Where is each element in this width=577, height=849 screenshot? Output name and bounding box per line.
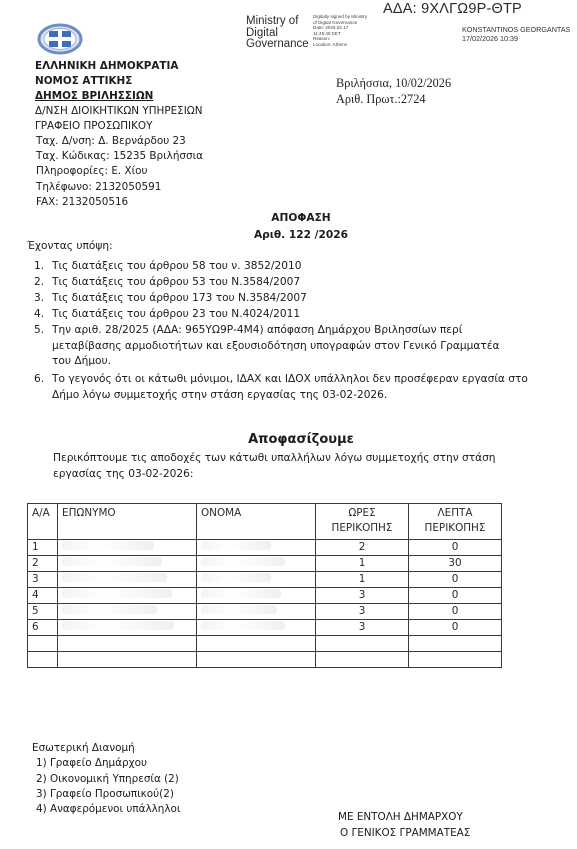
- cell-hours: 3: [316, 588, 409, 604]
- distribution-item: 3) Γραφείο Προσωπικού(2): [32, 787, 180, 802]
- redacted-surname: [62, 557, 162, 566]
- cell-minutes: 0: [409, 572, 502, 588]
- cell-minutes: 0: [409, 540, 502, 556]
- minutes-header-line: ΛΕΠΤΑ: [413, 506, 497, 521]
- cell-minutes: 30: [409, 556, 502, 572]
- greek-coat-of-arms-icon: [37, 23, 83, 55]
- cell-hours: 1: [316, 556, 409, 572]
- cell-name: [197, 604, 316, 620]
- cell-minutes: 0: [409, 588, 502, 604]
- address: Ταχ. Δ/νση: Δ. Βερνάρδου 23: [36, 134, 203, 149]
- cell-name: [197, 540, 316, 556]
- distribution-item: 2) Οικονομική Υπηρεσία (2): [32, 772, 180, 787]
- prefecture-name: ΝΟΜΟΣ ΑΤΤΙΚΗΣ: [35, 74, 203, 89]
- reference-number: 6.: [27, 372, 52, 404]
- municipality-name: ΔΗΜΟΣ ΒΡΙΛΗΣΣΙΩΝ: [35, 89, 203, 104]
- cell-name: [197, 572, 316, 588]
- signature-block: ΜΕ ΕΝΤΟΛΗ ΔΗΜΑΡΧΟΥ Ο ΓΕΝΙΚΟΣ ΓΡΑΜΜΑΤΕΑΣ: [338, 809, 470, 841]
- signature-line: Digitally signed by Ministry: [313, 14, 367, 20]
- republic-name: ΕΛΛΗΝΙΚΗ ΔΗΜΟΚΡΑΤΙΑ: [35, 59, 203, 74]
- table-row: [28, 652, 502, 668]
- cell-surname: [58, 556, 197, 572]
- col-header-minutes: ΛΕΠΤΑΠΕΡΙΚΟΠΗΣ: [409, 504, 502, 540]
- cell-hours: [316, 636, 409, 652]
- cell-hours: 3: [316, 620, 409, 636]
- table-row: 530: [28, 604, 502, 620]
- redacted-name: [201, 605, 277, 614]
- signer-datetime: 17/02/2026 10:39: [462, 35, 570, 44]
- cell-aa: 4: [28, 588, 58, 604]
- ministry-line: Governance: [246, 39, 309, 51]
- reference-item: 3.Τις διατάξεις του άρθρου 173 του Ν.358…: [27, 291, 547, 307]
- distribution-item: 1) Γραφείο Δημάρχου: [32, 756, 180, 771]
- info-contact: Πληροφορίες: Ε. Χίου: [36, 164, 203, 179]
- considering-label: Έχοντας υπόψη:: [27, 240, 113, 252]
- office-name: ΓΡΑΦΕΙΟ ΠΡΟΣΩΠΙΚΟΥ: [35, 119, 203, 134]
- we-decide-text: Αποφασίζουμε: [223, 432, 354, 447]
- table-body: 1202130310430530630: [28, 540, 502, 668]
- signer-info: KONSTANTINOS GEORGANTAS 17/02/2026 10:39: [462, 26, 570, 43]
- redacted-surname: [62, 605, 157, 614]
- redacted-surname: [62, 573, 167, 582]
- reference-number: 1.: [27, 259, 52, 275]
- reference-text: Τις διατάξεις του άρθρου 173 του Ν.3584/…: [52, 291, 547, 307]
- cell-surname: [58, 572, 197, 588]
- distribution-title: Εσωτερική Διανομή: [32, 741, 180, 756]
- table-row: 2130: [28, 556, 502, 572]
- cell-name: [197, 588, 316, 604]
- redacted-surname: [62, 589, 172, 598]
- cell-hours: [316, 652, 409, 668]
- reference-item: 1.Τις διατάξεις του άρθρου 58 του ν. 385…: [27, 259, 547, 275]
- hours-header-line: ΩΡΕΣ: [320, 506, 404, 521]
- reference-text: Τις διατάξεις του άρθρου 53 του Ν.3584/2…: [52, 275, 547, 291]
- postal-code: Ταχ. Κώδικας: 15235 Βριλήσσια: [36, 149, 203, 164]
- reference-item: 4.Τις διατάξεις του άρθρου 23 του Ν.4024…: [27, 307, 547, 323]
- table-row: [28, 636, 502, 652]
- cell-name: [197, 556, 316, 572]
- decision-title: ΑΠΟΦΑΣΗ: [0, 210, 577, 227]
- redacted-name: [201, 573, 271, 582]
- cell-minutes: 0: [409, 620, 502, 636]
- place-date-block: Βριλήσσια, 10/02/2026 Αριθ. Πρωτ.:2724: [336, 76, 451, 107]
- table-header-row: Α/Α ΕΠΩΝΥΜΟ ΟΝΟΜΑ ΩΡΕΣΠΕΡΙΚΟΠΗΣ ΛΕΠΤΑΠΕΡ…: [28, 504, 502, 540]
- decision-body: Περικόπτουμε τις αποδοχές των κάτωθι υπα…: [53, 450, 523, 482]
- digital-signature-details: Digitally signed by Ministry of Digital …: [313, 14, 367, 48]
- reference-text: Την αριθ. 28/2025 (ΑΔΑ: 965ΥΩ9Ρ-4Μ4) από…: [52, 323, 547, 371]
- cell-surname: [58, 588, 197, 604]
- place-date: Βριλήσσια, 10/02/2026: [336, 76, 451, 92]
- signature-line-2: Ο ΓΕΝΙΚΟΣ ΓΡΑΜΜΑΤΕΑΣ: [338, 825, 470, 841]
- redacted-surname: [62, 541, 154, 550]
- cell-surname: [58, 540, 197, 556]
- col-header-name: ΟΝΟΜΑ: [197, 504, 316, 540]
- internal-distribution: Εσωτερική Διανομή 1) Γραφείο Δημάρχου 2)…: [32, 741, 180, 817]
- reference-item: 6.Το γεγονός ότι οι κάτωθι μόνιμοι, ΙΔΑΧ…: [27, 372, 547, 404]
- references-list: 1.Τις διατάξεις του άρθρου 58 του ν. 385…: [27, 259, 547, 404]
- cell-name: [197, 620, 316, 636]
- protocol-number: Αριθ. Πρωτ.:2724: [336, 92, 451, 108]
- cell-surname: [58, 620, 197, 636]
- cell-surname: [58, 604, 197, 620]
- decision-heading: ΑΠΟΦΑΣΗ Αριθ. 122 /2026: [0, 210, 577, 243]
- reference-item: 2.Τις διατάξεις του άρθρου 53 του Ν.3584…: [27, 275, 547, 291]
- redacted-name: [201, 621, 285, 630]
- reference-number: 4.: [27, 307, 52, 323]
- cell-name: [197, 652, 316, 668]
- distribution-item: 4) Αναφερόμενοι υπάλληλοι: [32, 802, 180, 817]
- we-decide-heading: Αποφασίζουμε: [0, 432, 577, 447]
- cell-minutes: 0: [409, 604, 502, 620]
- ministry-line: Ministry of: [246, 16, 309, 28]
- table-row: 120: [28, 540, 502, 556]
- cell-aa: [28, 636, 58, 652]
- issuer-block: ΕΛΛΗΝΙΚΗ ΔΗΜΟΚΡΑΤΙΑ ΝΟΜΟΣ ΑΤΤΙΚΗΣ ΔΗΜΟΣ …: [35, 59, 203, 134]
- cell-aa: 2: [28, 556, 58, 572]
- ada-code: ΑΔΑ: 9ΧΛΓΩ9Ρ-ΘΤΡ: [383, 1, 522, 17]
- reference-item: 5.Την αριθ. 28/2025 (ΑΔΑ: 965ΥΩ9Ρ-4Μ4) α…: [27, 323, 547, 371]
- ministry-label: Ministry of Digital Governance: [246, 16, 309, 51]
- redacted-name: [201, 589, 281, 598]
- reference-number: 5.: [27, 323, 52, 371]
- reference-number: 3.: [27, 291, 52, 307]
- col-header-surname: ΕΠΩΝΥΜΟ: [58, 504, 197, 540]
- redacted-name: [201, 541, 271, 550]
- employees-table: Α/Α ΕΠΩΝΥΜΟ ΟΝΟΜΑ ΩΡΕΣΠΕΡΙΚΟΠΗΣ ΛΕΠΤΑΠΕΡ…: [27, 503, 502, 668]
- phone: Τηλέφωνο: 2132050591: [36, 180, 203, 195]
- cell-surname: [58, 636, 197, 652]
- cell-surname: [58, 652, 197, 668]
- cell-minutes: [409, 652, 502, 668]
- reference-text: Το γεγονός ότι οι κάτωθι μόνιμοι, ΙΔΑΧ κ…: [52, 372, 547, 404]
- reference-text: Τις διατάξεις του άρθρου 23 του Ν.4024/2…: [52, 307, 547, 323]
- redacted-surname: [62, 621, 174, 630]
- minutes-header-line: ΠΕΡΙΚΟΠΗΣ: [413, 521, 497, 536]
- cell-aa: 3: [28, 572, 58, 588]
- contact-block: Ταχ. Δ/νση: Δ. Βερνάρδου 23 Ταχ. Κώδικας…: [36, 134, 203, 210]
- signature-line: Location: Athens: [313, 42, 367, 48]
- reference-number: 2.: [27, 275, 52, 291]
- hours-header-line: ΠΕΡΙΚΟΠΗΣ: [320, 521, 404, 536]
- col-header-hours: ΩΡΕΣΠΕΡΙΚΟΠΗΣ: [316, 504, 409, 540]
- col-header-aa: Α/Α: [28, 504, 58, 540]
- cell-name: [197, 636, 316, 652]
- cell-aa: 1: [28, 540, 58, 556]
- directorate-name: Δ/ΝΣΗ ΔΙΟΙΚΗΤΙΚΩΝ ΥΠΗΡΕΣΙΩΝ: [35, 104, 203, 119]
- redacted-name: [201, 557, 285, 566]
- table-row: 430: [28, 588, 502, 604]
- cell-hours: 1: [316, 572, 409, 588]
- cell-aa: [28, 652, 58, 668]
- reference-text: Τις διατάξεις του άρθρου 58 του ν. 3852/…: [52, 259, 547, 275]
- signature-line-1: ΜΕ ΕΝΤΟΛΗ ΔΗΜΑΡΧΟΥ: [338, 809, 470, 825]
- fax: FAX: 2132050516: [36, 195, 203, 210]
- cell-minutes: [409, 636, 502, 652]
- cell-hours: 2: [316, 540, 409, 556]
- table-row: 310: [28, 572, 502, 588]
- table-row: 630: [28, 620, 502, 636]
- cell-aa: 5: [28, 604, 58, 620]
- cell-hours: 3: [316, 604, 409, 620]
- cell-aa: 6: [28, 620, 58, 636]
